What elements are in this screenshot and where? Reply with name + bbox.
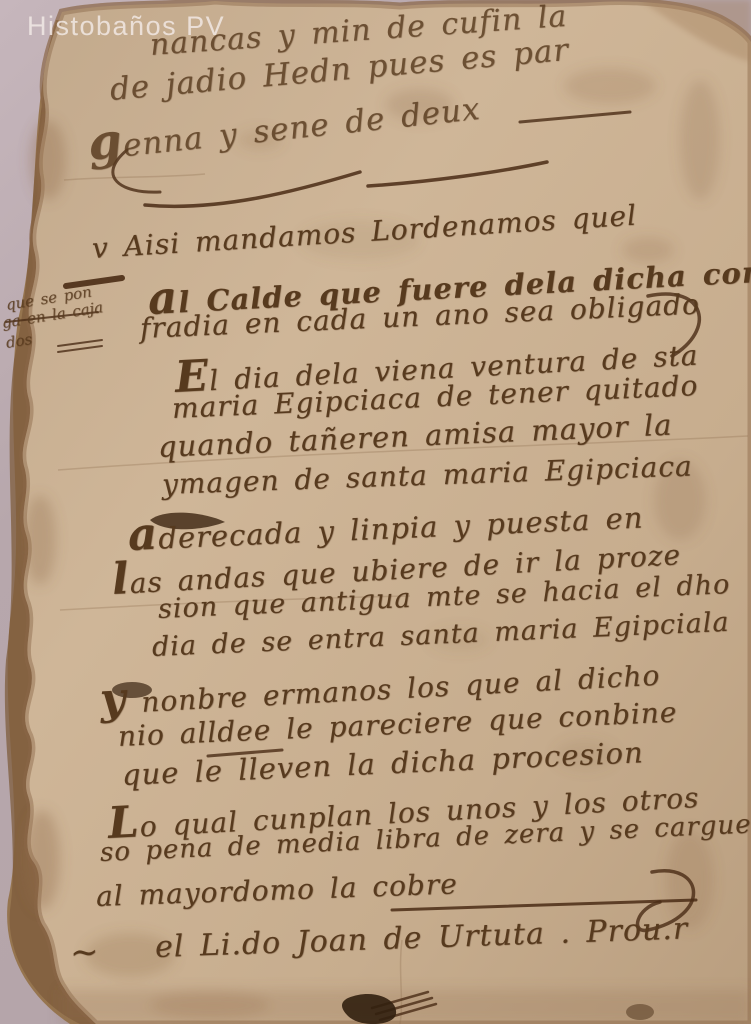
manuscript-photo: Histobaños PV nancas y min de cufin la d… [0, 0, 751, 1024]
signature-prefix: ~ [69, 932, 100, 973]
watermark-text: Histobaños PV [27, 11, 225, 42]
